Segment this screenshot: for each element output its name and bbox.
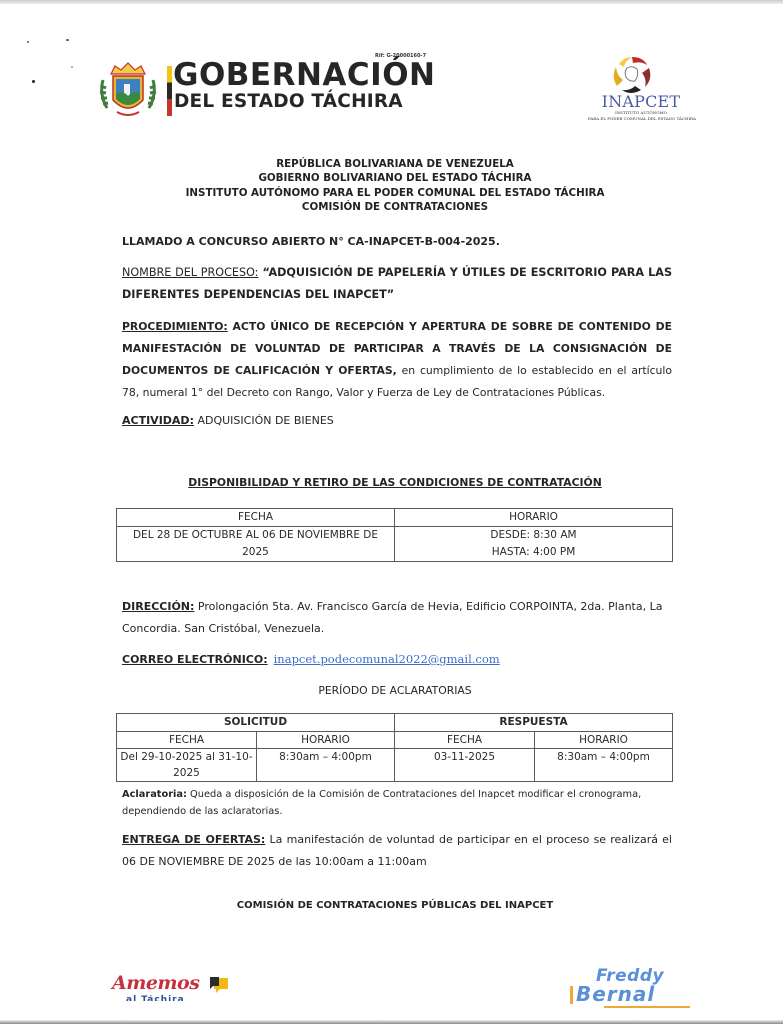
group-header-respuesta: RESPUESTA <box>395 714 673 732</box>
column-header-horario: HORARIO <box>257 732 395 749</box>
amemos-text: Amemos <box>112 972 199 994</box>
institution-line-4: COMISIÓN DE CONTRATACIONES <box>120 200 670 214</box>
gobernacion-title: GOBERNACIÓN <box>173 60 436 91</box>
flag-stripe <box>167 66 172 116</box>
accent-bar <box>570 986 573 1004</box>
coat-of-arms-icon <box>97 60 159 122</box>
entrega-label: ENTREGA DE OFERTAS: <box>122 833 265 846</box>
table-row: DEL 28 DE OCTUBRE AL 06 DE NOVIEMBRE DE … <box>117 527 673 562</box>
actividad-label: ACTIVIDAD: <box>122 414 194 427</box>
cell-respuesta-fecha: 03-11-2025 <box>395 749 535 782</box>
gobernacion-subtitle: DEL ESTADO TÁCHIRA <box>174 92 403 112</box>
inapcet-logo: INAPCET INSTITUTO AUTÓNOMO PARA EL PODER… <box>585 55 715 127</box>
bernal-text: Bernal <box>576 982 655 1006</box>
scan-edge-bottom <box>0 1020 783 1024</box>
column-header-horario: HORARIO <box>535 732 673 749</box>
institution-heading: REPÚBLICA BOLIVARIANA DE VENEZUELA GOBIE… <box>120 157 670 214</box>
cell-solicitud-horario: 8:30am – 4:00pm <box>257 749 395 782</box>
table-row: Del 29-10-2025 al 31-10-2025 8:30am – 4:… <box>117 749 673 782</box>
direccion-value: Prolongación 5ta. Av. Francisco García d… <box>122 600 662 635</box>
gobernacion-logo: Rif: G-20000160-7 GOBERNACIÓN DEL ESTADO… <box>97 58 427 120</box>
inapcet-subtitle-2: PARA EL PODER COMUNAL DEL ESTADO TÁCHIRA <box>583 116 701 121</box>
column-header-fecha: FECHA <box>395 732 535 749</box>
horario-hasta: HASTA: 4:00 PM <box>398 544 669 561</box>
speech-bubble-icon <box>208 976 230 994</box>
nombre-proceso-label: NOMBRE DEL PROCESO: <box>122 266 258 279</box>
aclaratoria-note: Aclaratoria: Queda a disposición de la C… <box>122 786 677 820</box>
llamado-concurso: LLAMADO A CONCURSO ABIERTO N° CA-INAPCET… <box>122 231 672 253</box>
institution-line-1: REPÚBLICA BOLIVARIANA DE VENEZUELA <box>120 157 670 171</box>
amemos-subtitle: al Táchira <box>126 995 185 1001</box>
actividad: ACTIVIDAD: ADQUISICIÓN DE BIENES <box>122 410 672 432</box>
direccion-label: DIRECCIÓN: <box>122 600 194 613</box>
cell-fecha: DEL 28 DE OCTUBRE AL 06 DE NOVIEMBRE DE … <box>117 527 395 562</box>
direccion: DIRECCIÓN: Prolongación 5ta. Av. Francis… <box>122 596 672 640</box>
freddy-bernal-logo: Freddy Bernal <box>568 966 698 1018</box>
scan-edge-top <box>0 0 783 4</box>
aclaratorias-table: SOLICITUD RESPUESTA FECHA HORARIO FECHA … <box>116 713 673 782</box>
scan-speck <box>71 66 73 68</box>
disponibilidad-table: FECHA HORARIO DEL 28 DE OCTUBRE AL 06 DE… <box>116 508 673 562</box>
scan-speck <box>66 39 69 41</box>
disponibilidad-title: DISPONIBILIDAD Y RETIRO DE LAS CONDICION… <box>120 476 670 489</box>
procedimiento: PROCEDIMIENTO: ACTO ÚNICO DE RECEPCIÓN Y… <box>122 316 672 404</box>
inapcet-name: INAPCET <box>585 92 697 111</box>
cell-horario: DESDE: 8:30 AM HASTA: 4:00 PM <box>395 527 673 562</box>
entrega-ofertas: ENTREGA DE OFERTAS: La manifestación de … <box>122 829 672 873</box>
accent-underline <box>604 1006 690 1008</box>
institution-line-3: INSTITUTO AUTÓNOMO PARA EL PODER COMUNAL… <box>120 186 670 200</box>
inapcet-emblem-icon <box>611 55 653 95</box>
email-link[interactable]: inapcet.podecomunal2022@gmail.com <box>274 652 500 666</box>
column-header-fecha: FECHA <box>117 732 257 749</box>
signature-line: COMISIÓN DE CONTRATACIONES PÚBLICAS DEL … <box>120 900 670 911</box>
scan-speck <box>32 80 35 83</box>
procedimiento-label: PROCEDIMIENTO: <box>122 320 228 333</box>
amemos-logo: Amemos al Táchira <box>112 968 242 1018</box>
aclaratorias-title: PERÍODO DE ACLARATORIAS <box>120 684 670 697</box>
correo-electronico: CORREO ELECTRÓNICO:inapcet.podecomunal20… <box>122 648 672 671</box>
institution-line-2: GOBIERNO BOLIVARIANO DEL ESTADO TÁCHIRA <box>120 171 670 185</box>
group-header-solicitud: SOLICITUD <box>117 714 395 732</box>
actividad-value: ADQUISICIÓN DE BIENES <box>194 414 334 427</box>
cell-respuesta-horario: 8:30am – 4:00pm <box>535 749 673 782</box>
inapcet-subtitle-1: INSTITUTO AUTÓNOMO <box>585 110 697 115</box>
aclaratoria-text: Queda a disposición de la Comisión de Co… <box>122 789 641 817</box>
cell-solicitud-fecha: Del 29-10-2025 al 31-10-2025 <box>117 749 257 782</box>
nombre-proceso: NOMBRE DEL PROCESO: “ADQUISICIÓN DE PAPE… <box>122 262 672 306</box>
column-header-fecha: FECHA <box>117 509 395 527</box>
scan-speck <box>27 41 29 43</box>
aclaratoria-label: Aclaratoria: <box>122 789 187 800</box>
column-header-horario: HORARIO <box>395 509 673 527</box>
correo-label: CORREO ELECTRÓNICO: <box>122 653 268 666</box>
horario-desde: DESDE: 8:30 AM <box>398 527 669 544</box>
